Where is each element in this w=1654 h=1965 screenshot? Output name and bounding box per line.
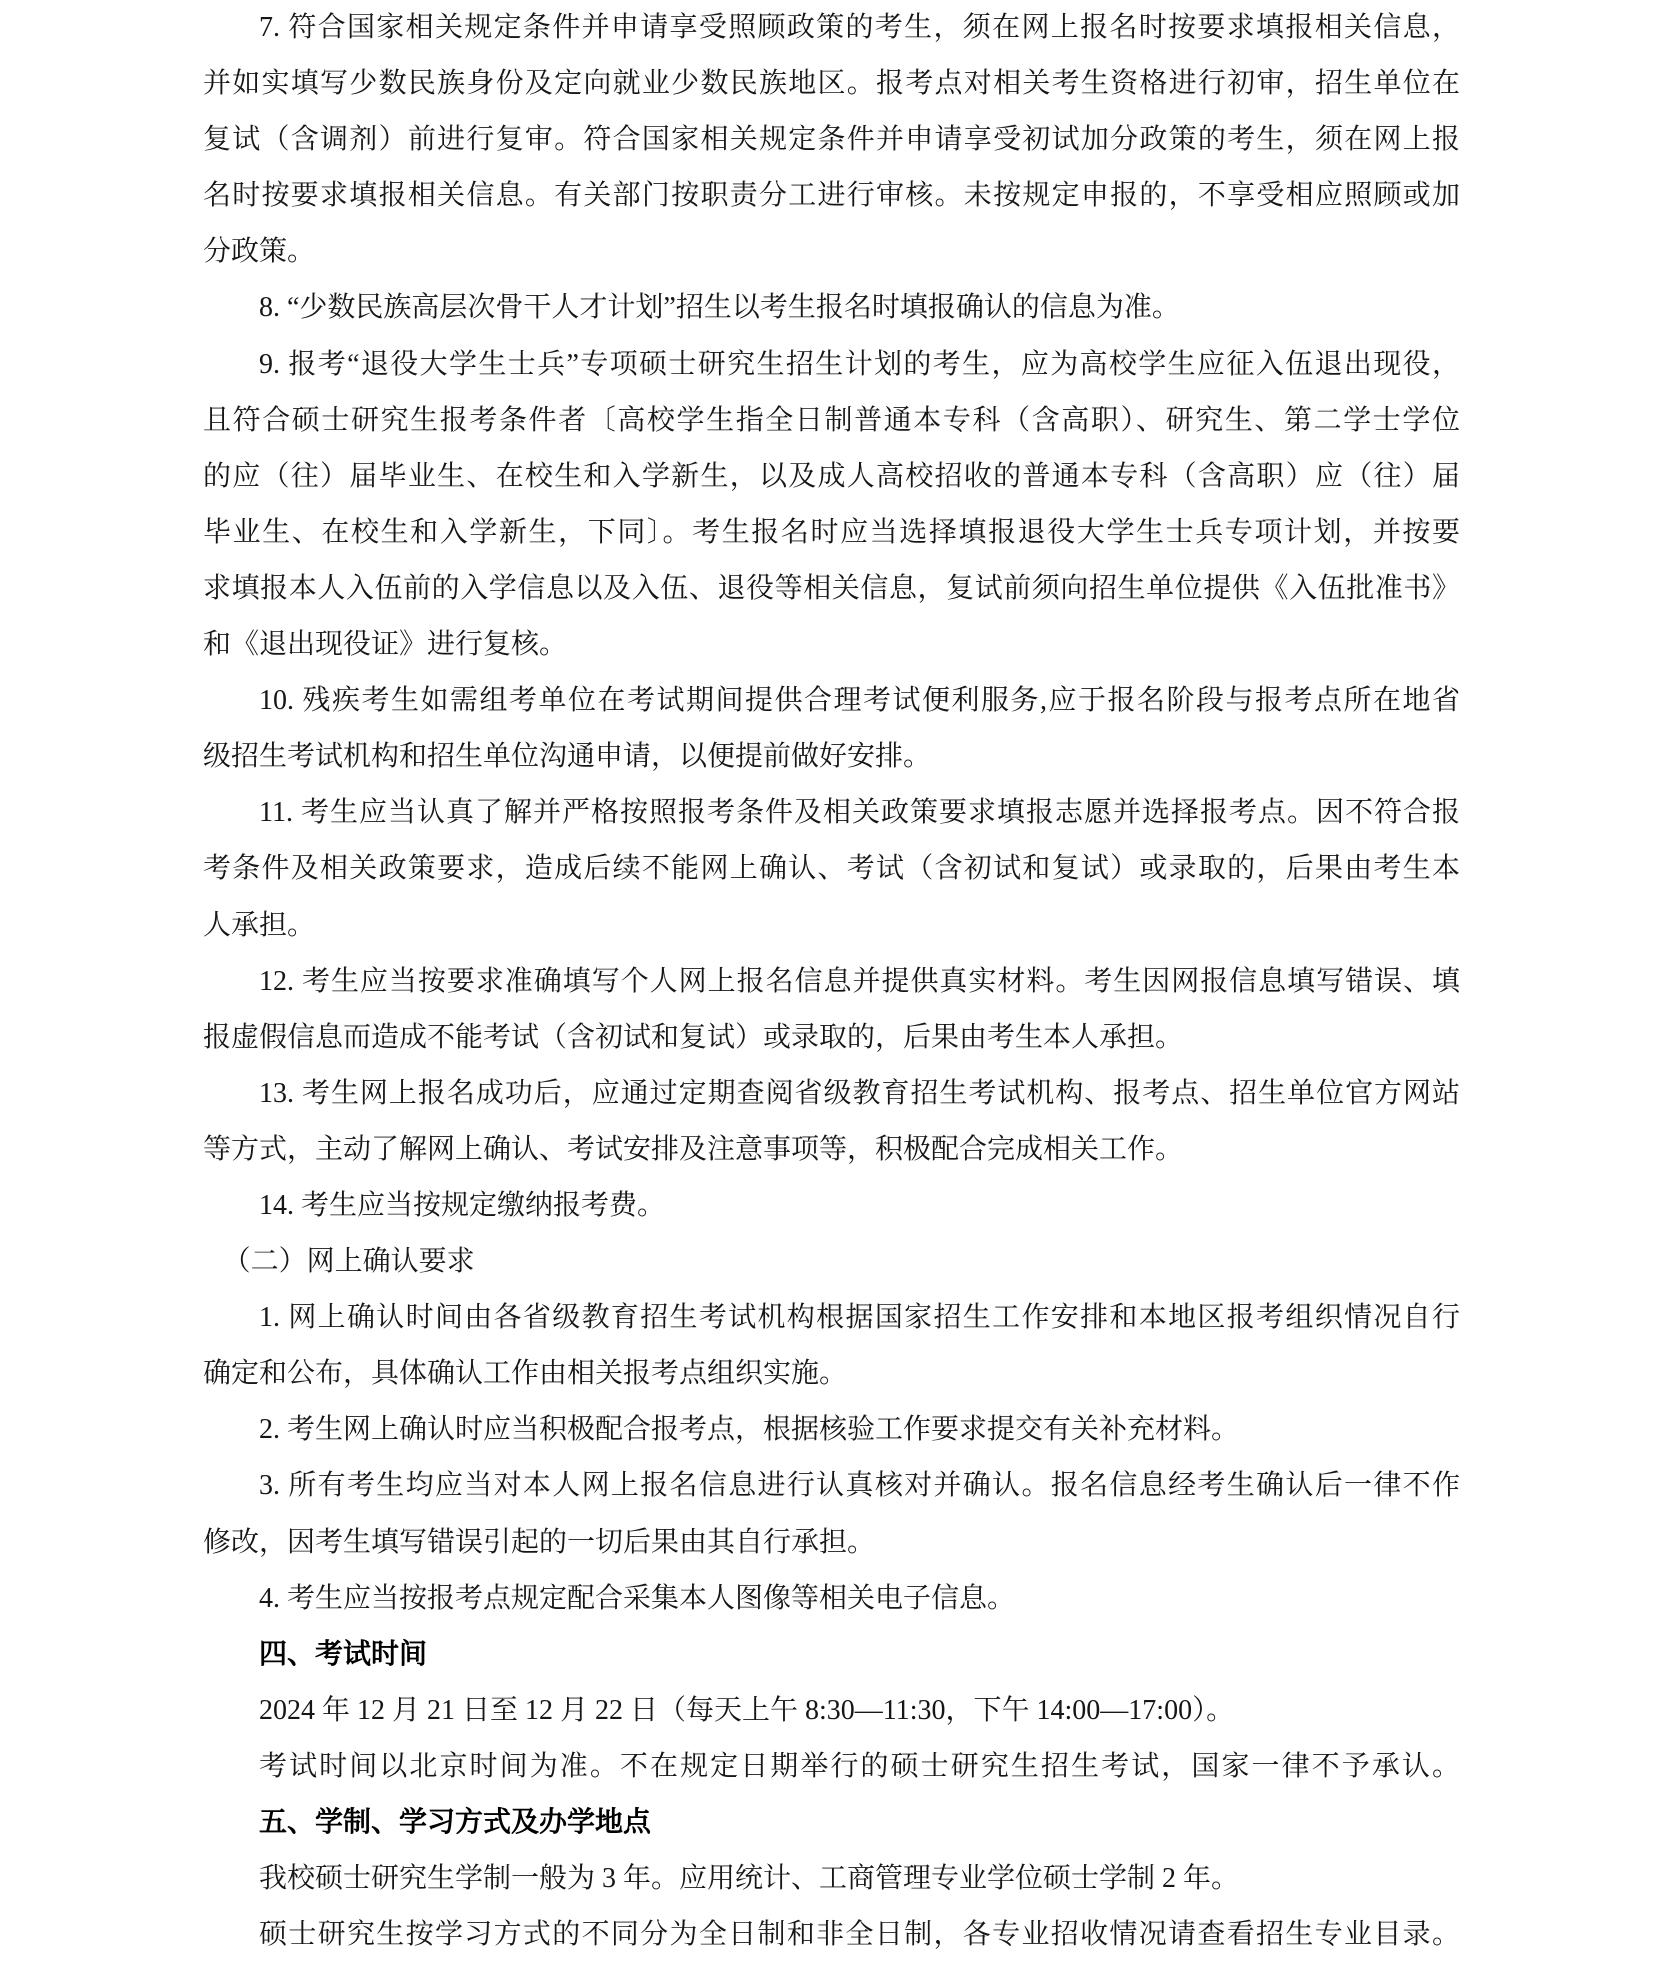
text-line: 复试（含调剂）前进行复审。符合国家相关规定条件并申请享受初试加分政策的考生，须在… [203,112,1460,168]
document-body: 7. 符合国家相关规定条件并申请享受照顾政策的考生，须在网上报名时按要求填报相关… [203,0,1460,1963]
text-line: 考试时间以北京时间为准。不在规定日期举行的硕士研究生招生考试，国家一律不予承认。 [203,1739,1460,1795]
text-line: 硕士研究生按学习方式的不同分为全日制和非全日制，各专业招收情况请查看招生专业目录… [203,1907,1460,1963]
text-line: 我校硕士研究生学制一般为 3 年。应用统计、工商管理专业学位硕士学制 2 年。 [203,1851,1460,1907]
text-line: 3. 所有考生均应当对本人网上报名信息进行认真核对并确认。报名信息经考生确认后一… [203,1458,1460,1514]
text-line: 求填报本人入伍前的入学信息以及入伍、退役等相关信息，复试前须向招生单位提供《入伍… [203,561,1460,617]
text-line: 11. 考生应当认真了解并严格按照报考条件及相关政策要求填报志愿并选择报考点。因… [203,785,1460,841]
text-line: 7. 符合国家相关规定条件并申请享受照顾政策的考生，须在网上报名时按要求填报相关… [203,0,1460,56]
text-line: （二）网上确认要求 [203,1234,1460,1290]
text-line: 确定和公布，具体确认工作由相关报考点组织实施。 [203,1346,1460,1402]
text-line: 并如实填写少数民族身份及定向就业少数民族地区。报考点对相关考生资格进行初审，招生… [203,56,1460,112]
text-line: 毕业生、在校生和入学新生，下同〕。考生报名时应当选择填报退役大学生士兵专项计划，… [203,505,1460,561]
text-line: 9. 报考“退役大学生士兵”专项硕士研究生招生计划的考生，应为高校学生应征入伍退… [203,337,1460,393]
text-line: 人承担。 [203,898,1460,954]
text-line: 的应（往）届毕业生、在校生和入学新生，以及成人高校招收的普通本专科（含高职）应（… [203,449,1460,505]
section-heading: 四、考试时间 [203,1627,1460,1683]
text-line: 4. 考生应当按报考点规定配合采集本人图像等相关电子信息。 [203,1571,1460,1627]
text-line: 且符合硕士研究生报考条件者〔高校学生指全日制普通本专科（含高职）、研究生、第二学… [203,393,1460,449]
text-line: 和《退出现役证》进行复核。 [203,617,1460,673]
document-page: 7. 符合国家相关规定条件并申请享受照顾政策的考生，须在网上报名时按要求填报相关… [0,0,1654,1965]
text-line: 等方式，主动了解网上确认、考试安排及注意事项等，积极配合完成相关工作。 [203,1122,1460,1178]
text-line: 名时按要求填报相关信息。有关部门按职责分工进行审核。未按规定申报的，不享受相应照… [203,168,1460,224]
text-line: 2. 考生网上确认时应当积极配合报考点，根据核验工作要求提交有关补充材料。 [203,1402,1460,1458]
text-line: 1. 网上确认时间由各省级教育招生考试机构根据国家招生工作安排和本地区报考组织情… [203,1290,1460,1346]
text-line: 12. 考生应当按要求准确填写个人网上报名信息并提供真实材料。考生因网报信息填写… [203,954,1460,1010]
text-line: 14. 考生应当按规定缴纳报考费。 [203,1178,1460,1234]
text-line: 2024 年 12 月 21 日至 12 月 22 日（每天上午 8:30—11… [203,1683,1460,1739]
text-line: 级招生考试机构和招生单位沟通申请，以便提前做好安排。 [203,729,1460,785]
text-line: 分政策。 [203,224,1460,280]
text-line: 13. 考生网上报名成功后，应通过定期查阅省级教育招生考试机构、报考点、招生单位… [203,1066,1460,1122]
section-heading: 五、学制、学习方式及办学地点 [203,1795,1460,1851]
text-line: 修改，因考生填写错误引起的一切后果由其自行承担。 [203,1515,1460,1571]
text-line: 10. 残疾考生如需组考单位在考试期间提供合理考试便利服务,应于报名阶段与报考点… [203,673,1460,729]
text-line: 报虚假信息而造成不能考试（含初试和复试）或录取的，后果由考生本人承担。 [203,1010,1460,1066]
text-line: 考条件及相关政策要求，造成后续不能网上确认、考试（含初试和复试）或录取的，后果由… [203,841,1460,897]
text-line: 8. “少数民族高层次骨干人才计划”招生以考生报名时填报确认的信息为准。 [203,280,1460,336]
